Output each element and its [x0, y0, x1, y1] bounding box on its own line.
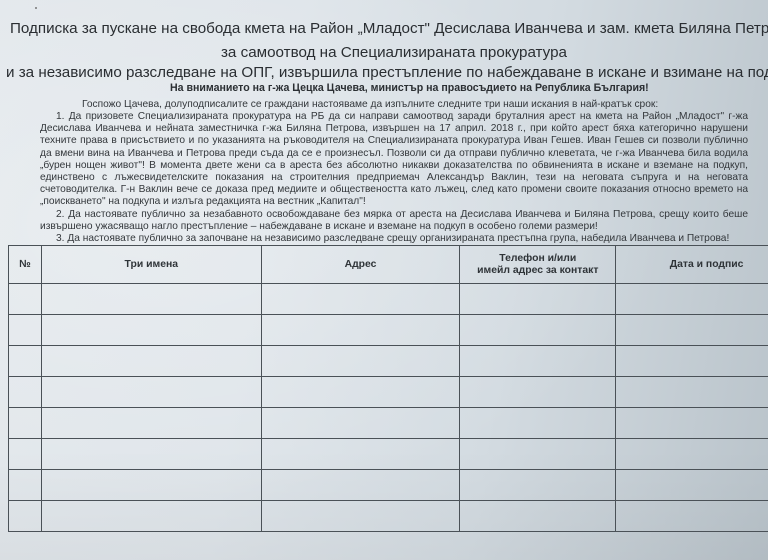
column-header-names: Три имена [41, 246, 261, 284]
demand-2-paragraph: 2. Да настоявате публично за незабавното… [40, 209, 748, 233]
table-row [9, 315, 768, 346]
signature-cell[interactable] [616, 315, 768, 346]
table-row [9, 470, 768, 501]
table-header-row: № Три имена Адрес Телефон и/или имейл ад… [9, 246, 768, 284]
column-header-date-signature: Дата и подпис [616, 246, 768, 284]
number-cell[interactable] [9, 377, 42, 408]
number-cell[interactable] [9, 501, 42, 532]
contact-cell[interactable] [460, 470, 616, 501]
table-row [9, 346, 768, 377]
number-cell[interactable] [9, 408, 42, 439]
names-cell[interactable] [41, 346, 261, 377]
demand-1-text: 1. Да призовете Специализираната прокура… [40, 111, 748, 209]
signature-cell[interactable] [616, 501, 768, 532]
signature-cell[interactable] [616, 284, 768, 315]
number-cell[interactable] [9, 284, 42, 315]
column-header-number: № [9, 246, 42, 284]
names-cell[interactable] [41, 470, 261, 501]
column-header-contact-line-2: имейл адрес за контакт [477, 265, 598, 276]
contact-cell[interactable] [460, 377, 616, 408]
number-cell[interactable] [9, 470, 42, 501]
address-cell[interactable] [261, 439, 460, 470]
number-cell[interactable] [9, 315, 42, 346]
contact-cell[interactable] [460, 501, 616, 532]
names-cell[interactable] [41, 315, 261, 346]
table-row [9, 501, 768, 532]
demand-2-text: 2. Да настоявате публично за незабавното… [40, 209, 748, 233]
address-cell[interactable] [261, 470, 460, 501]
document-title-line-2: за самоотвод на Специализираната прокура… [10, 44, 768, 61]
number-cell[interactable] [9, 439, 42, 470]
document-title-line-3: и за независимо разследване на ОПГ, извъ… [6, 64, 768, 81]
names-cell[interactable] [41, 439, 261, 470]
contact-cell[interactable] [460, 439, 616, 470]
paper-speck [35, 7, 37, 9]
signature-cell[interactable] [616, 470, 768, 501]
address-cell[interactable] [261, 346, 460, 377]
contact-cell[interactable] [460, 346, 616, 377]
number-cell[interactable] [9, 346, 42, 377]
address-cell[interactable] [261, 315, 460, 346]
signature-cell[interactable] [616, 346, 768, 377]
names-cell[interactable] [41, 408, 261, 439]
column-header-address: Адрес [261, 246, 460, 284]
column-header-contact-line-1: Телефон и/или [499, 253, 576, 264]
signature-table: № Три имена Адрес Телефон и/или имейл ад… [8, 245, 768, 532]
table-row [9, 408, 768, 439]
column-header-contact: Телефон и/или имейл адрес за контакт [460, 246, 616, 284]
table-row [9, 377, 768, 408]
signature-cell[interactable] [616, 439, 768, 470]
table-row [9, 284, 768, 315]
addressee-line: На вниманието на г-жа Цецка Цачева, мини… [170, 82, 649, 94]
demand-1-paragraph: 1. Да призовете Специализираната прокура… [40, 111, 748, 209]
names-cell[interactable] [41, 501, 261, 532]
address-cell[interactable] [261, 377, 460, 408]
table-row [9, 439, 768, 470]
contact-cell[interactable] [460, 284, 616, 315]
contact-cell[interactable] [460, 408, 616, 439]
address-cell[interactable] [261, 408, 460, 439]
address-cell[interactable] [261, 501, 460, 532]
names-cell[interactable] [41, 377, 261, 408]
names-cell[interactable] [41, 284, 261, 315]
contact-cell[interactable] [460, 315, 616, 346]
address-cell[interactable] [261, 284, 460, 315]
signature-cell[interactable] [616, 408, 768, 439]
demand-3-text: 3. Да настоявате публично за започване н… [56, 233, 729, 244]
document-title-line-1: Подписка за пускане на свобода кмета на … [10, 20, 768, 37]
greeting-line: Госпожо Цачева, долуподписалите се гражд… [82, 99, 658, 110]
signature-cell[interactable] [616, 377, 768, 408]
